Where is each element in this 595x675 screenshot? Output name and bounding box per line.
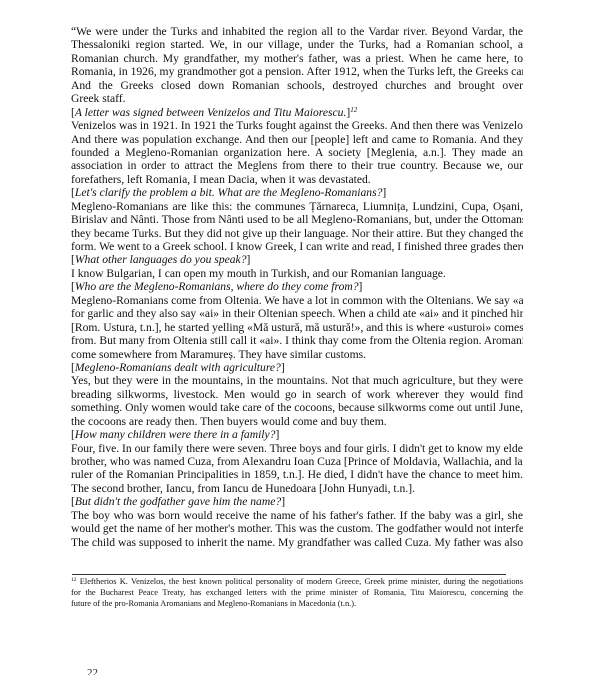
body-text-line: the cocoons are ready then. Then buyers … <box>71 415 523 428</box>
footnote-reference[interactable]: 12 <box>350 106 357 114</box>
interviewer-question: [A letter was signed between Venizelos a… <box>71 106 523 119</box>
interviewer-question: [But didn't the godfather gave him the n… <box>71 495 523 508</box>
footnotes: 12 Eleftherios K. Venizelos, the best kn… <box>71 576 523 609</box>
body-text-line: brother, who was named Cuza, from Alexan… <box>71 455 523 468</box>
interviewer-question: [Let's clarify the problem a bit. What a… <box>71 186 523 199</box>
footnote-line: 12 Eleftherios K. Venizelos, the best kn… <box>71 576 523 587</box>
body-text-line: ruler of the Romanian Principalities in … <box>71 468 523 481</box>
body-text-line: something. Only women would take care of… <box>71 401 523 414</box>
footnote-line: future of the pro-Romania Aromanians and… <box>71 598 523 609</box>
body-text-line: Megleno-Romanians come from Oltenia. We … <box>71 294 523 307</box>
body-text-line: founded a Megleno-Romanian organization … <box>71 146 523 159</box>
body-text-line: [Rom. Ustura, t.n.], he started yelling … <box>71 321 523 334</box>
body-text-line: form. We went to a Greek school. I know … <box>71 240 523 253</box>
interviewer-question: [What other languages do you speak?] <box>71 253 523 266</box>
question-text: What other languages do you speak? <box>75 253 247 266</box>
body-text-line: Four, five. In our family there were sev… <box>71 442 523 455</box>
footnote-text: Eleftherios K. Venizelos, the best known… <box>80 577 523 586</box>
question-text: Who are the Megleno-Romanians, where do … <box>75 280 359 293</box>
body-text-line: Greek staff. <box>71 92 523 105</box>
body-text-line: And there was population exchange. And t… <box>71 133 523 146</box>
body-text-line: Yes, but they were in the mountains, in … <box>71 374 523 387</box>
body-text-line: Romanian church. My grandfather, my moth… <box>71 52 523 65</box>
question-text: Let's clarify the problem a bit. What ar… <box>75 186 383 199</box>
body-text-line: Megleno-Romanians are like this: the com… <box>71 200 523 213</box>
footnote-text: for the Bucharest Peace Treaty, has exch… <box>71 588 523 597</box>
bracket-close: ] <box>359 280 363 293</box>
body-text-line: they became Turks. But they did not give… <box>71 227 523 240</box>
body-text-line: And the Greeks closed down Romanian scho… <box>71 79 523 92</box>
question-text: Megleno-Romanians dealt with agriculture… <box>75 361 281 374</box>
body-text-line: The boy who was born would receive the n… <box>71 509 523 522</box>
body-text-line: The second brother, Iancu, from Iancu de… <box>71 482 523 495</box>
bracket-close: ] <box>247 253 251 266</box>
page-number: 22 <box>87 667 98 675</box>
footnote-separator <box>72 574 506 575</box>
body-text-line: come somewhere from Maramureș. They have… <box>71 348 523 361</box>
body-text-line: forefathers, left Romania, I mean Dacia,… <box>71 173 523 186</box>
body-text-line: would get the name of her mother's mothe… <box>71 522 523 535</box>
question-text: How many children were there in a family… <box>75 428 276 441</box>
bracket-close: ] <box>275 428 279 441</box>
body-text-line: Venizelos was in 1921. In 1921 the Turks… <box>71 119 523 132</box>
bracket-close: ] <box>281 361 285 374</box>
body-text-line: Birislav and Nânti. Those from Nânti use… <box>71 213 523 226</box>
body-text-line: Thessaloniki region started. We, in our … <box>71 38 523 51</box>
body-text-line: The child was supposed to inherit the na… <box>71 536 523 549</box>
body-text-line: for garlic and they also say «ai» in the… <box>71 307 523 320</box>
body-text-line: I know Bulgarian, I can open my mouth in… <box>71 267 523 280</box>
body-text-line: “We were under the Turks and inhabited t… <box>71 25 523 38</box>
bracket-close: ] <box>281 495 285 508</box>
question-text: A letter was signed between Venizelos an… <box>75 106 346 119</box>
question-text: But didn't the godfather gave him the na… <box>75 495 281 508</box>
body-text-line: Romania, in 1926, my grandmother got a p… <box>71 65 523 78</box>
body-text-line: association in order to attract the Megl… <box>71 159 523 172</box>
footnote-line: for the Bucharest Peace Treaty, has exch… <box>71 587 523 598</box>
body-text-line: breading silkworms, livestock. Men would… <box>71 388 523 401</box>
body-text-line: from. But many from Oltenia still call i… <box>71 334 523 347</box>
interviewer-question: [How many children were there in a famil… <box>71 428 523 441</box>
interviewer-question: [Megleno-Romanians dealt with agricultur… <box>71 361 523 374</box>
bracket-close: ] <box>382 186 386 199</box>
footnote-number: 12 <box>71 577 77 583</box>
document-body: “We were under the Turks and inhabited t… <box>71 25 523 549</box>
interviewer-question: [Who are the Megleno-Romanians, where do… <box>71 280 523 293</box>
footnote-text: future of the pro-Romania Aromanians and… <box>71 599 356 608</box>
